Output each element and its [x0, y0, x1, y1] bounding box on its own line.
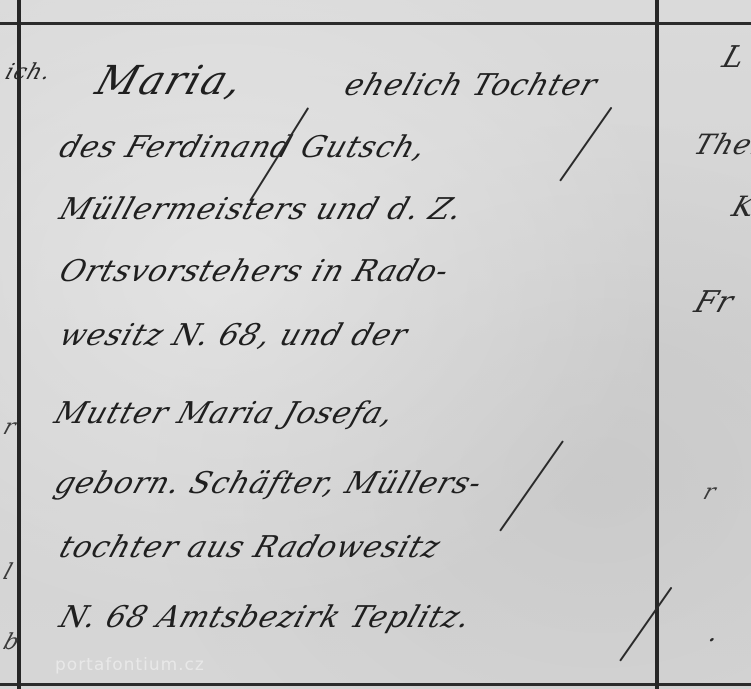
- watermark-text: portafontium.cz: [55, 655, 205, 675]
- entry-line-4: Ortsvorstehers in Rado-: [55, 254, 454, 289]
- left-margin-fragment: l: [0, 560, 16, 585]
- register-page-scan: ich. r l b Maria, ehelich Tochter des Fe…: [0, 0, 751, 689]
- entry-line-1-rest: ehelich Tochter: [340, 68, 602, 103]
- entry-line-6: Mutter Maria Josefa,: [50, 396, 399, 431]
- entry-line-5: wesitz N. 68, und der: [55, 318, 413, 353]
- top-rule-line: [0, 22, 751, 25]
- left-column-rule: [17, 0, 21, 689]
- pen-stroke: [619, 587, 672, 662]
- entry-line-2: des Ferdinand Gutsch,: [55, 130, 431, 165]
- pen-stroke: [499, 440, 564, 531]
- left-margin-fragment: ich.: [2, 60, 55, 85]
- entry-line-9: N. 68 Amtsbezirk Teplitz.: [55, 600, 476, 635]
- right-column-fragment: L: [718, 40, 750, 75]
- right-column-fragment: r: [700, 480, 720, 505]
- entry-line-3: Müllermeisters und d. Z.: [55, 192, 467, 227]
- right-column-fragment: Fr: [690, 285, 739, 320]
- right-column-fragment: .: [705, 618, 724, 648]
- right-column-fragment: Ther: [690, 128, 751, 161]
- right-column-rule: [655, 0, 659, 689]
- entry-line-7: geborn. Schäfter, Müllers-: [50, 466, 487, 501]
- bottom-rule-line: [0, 683, 751, 686]
- pen-stroke: [559, 107, 612, 182]
- right-column-fragment: K: [728, 190, 751, 223]
- entry-name: Maria,: [90, 58, 250, 104]
- entry-line-8: tochter aus Radowesitz: [55, 530, 445, 565]
